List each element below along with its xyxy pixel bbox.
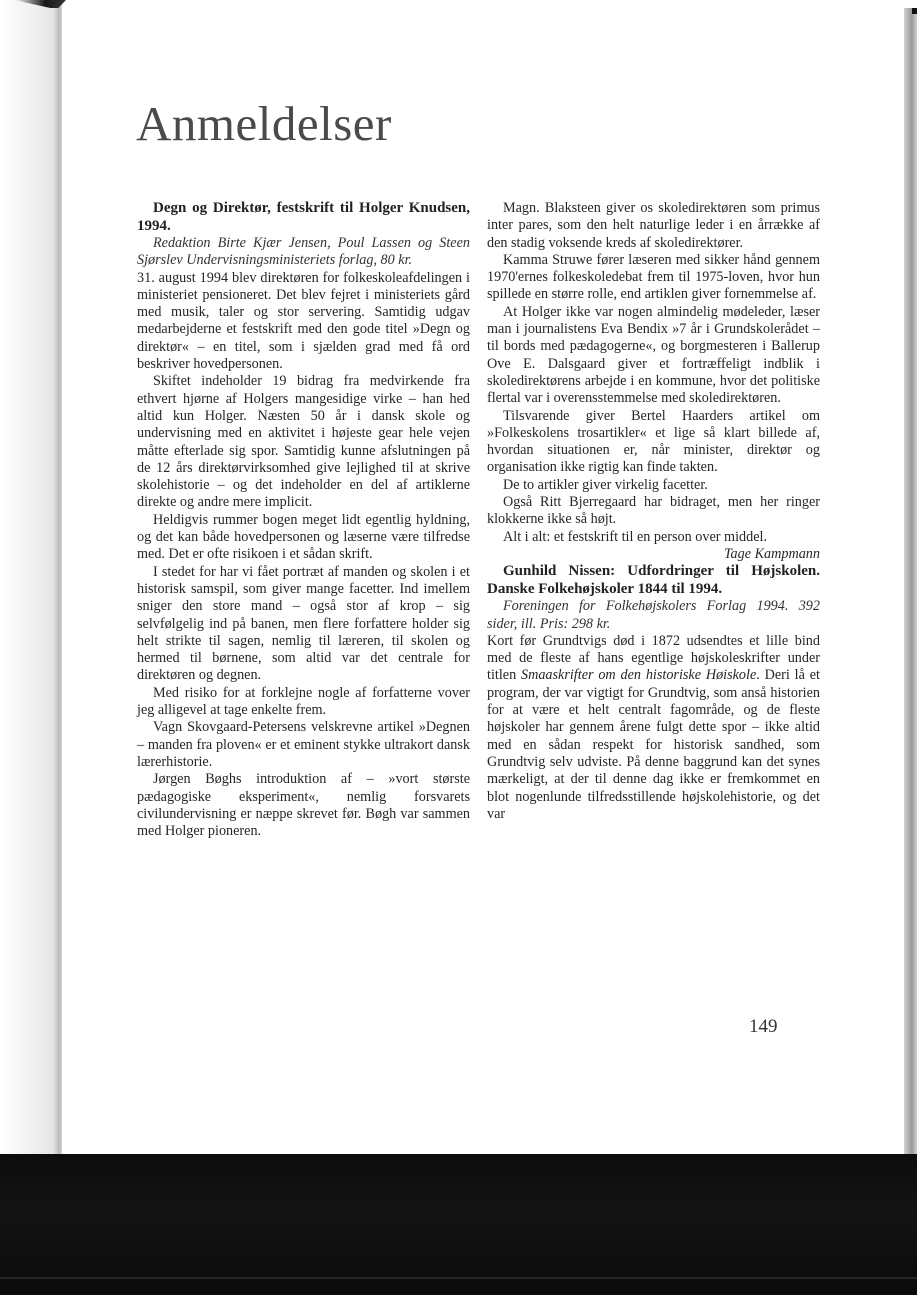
review-2-byline: Foreningen for Folkehøjskolers Forlag 19… bbox=[487, 598, 820, 633]
review-2-header: Gunhild Nissen: Udfordringer til Højskol… bbox=[487, 563, 820, 633]
review-1-paragraph: Vagn Skovgaard-Petersens velskrevne arti… bbox=[137, 719, 470, 771]
review-2-heading: Gunhild Nissen: Udfordringer til Højskol… bbox=[487, 563, 820, 598]
review-1-paragraph: Med risiko for at forklejne nogle af for… bbox=[137, 685, 470, 720]
review-2-text: . Deri lå et program, der var vigtigt fo… bbox=[487, 667, 820, 821]
page-number: 149 bbox=[749, 1016, 778, 1038]
scan-streak bbox=[0, 1277, 917, 1279]
review-1-paragraph: Magn. Blaksteen giver os skoledirektøren… bbox=[487, 200, 820, 252]
review-1-paragraph: I stedet for har vi fået portræt af mand… bbox=[137, 564, 470, 685]
scan-right-corner bbox=[912, 8, 917, 14]
review-1-paragraph: Tilsvarende giver Bertel Haarders artike… bbox=[487, 408, 820, 477]
scan-right-edge bbox=[904, 8, 917, 1158]
review-1-header: Degn og Direktør, festskrift til Holger … bbox=[137, 200, 470, 270]
review-1-paragraph: 31. august 1994 blev direktøren for folk… bbox=[137, 270, 470, 374]
review-1-paragraph: Alt i alt: et festskrift til en person o… bbox=[487, 529, 820, 546]
review-2-cited-title: Smaaskrifter om den historiske Høiskole bbox=[521, 667, 756, 683]
review-1-paragraph: Skiftet indeholder 19 bidrag fra medvirk… bbox=[137, 373, 470, 511]
review-1-paragraph: Heldigvis rummer bogen meget lidt egentl… bbox=[137, 512, 470, 564]
right-column: Magn. Blaksteen giver os skoledirektøren… bbox=[487, 200, 820, 823]
review-1-paragraph: Kamma Struwe fører læseren med sikker hå… bbox=[487, 252, 820, 304]
scan-binding-shadow bbox=[0, 0, 62, 1155]
section-title: Anmeldelser bbox=[136, 95, 392, 152]
scan-bottom-dark-band bbox=[0, 1154, 917, 1295]
review-1-paragraph: De to artikler giver virkelig facetter. bbox=[487, 477, 820, 494]
left-column: Degn og Direktør, festskrift til Holger … bbox=[137, 200, 470, 840]
review-1-byline: Redaktion Birte Kjær Jensen, Poul Lassen… bbox=[137, 235, 470, 270]
review-1-heading: Degn og Direktør, festskrift til Holger … bbox=[137, 200, 470, 235]
review-1-paragraph: Også Ritt Bjerregaard har bidraget, men … bbox=[487, 494, 820, 529]
review-1-signature: Tage Kampmann bbox=[487, 546, 820, 563]
review-2-paragraph: Kort før Grundtvigs død i 1872 udsendtes… bbox=[487, 633, 820, 823]
review-1-paragraph: Jørgen Bøghs introduktion af – »vort stø… bbox=[137, 771, 470, 840]
review-1-paragraph: At Holger ikke var nogen almindelig møde… bbox=[487, 304, 820, 408]
